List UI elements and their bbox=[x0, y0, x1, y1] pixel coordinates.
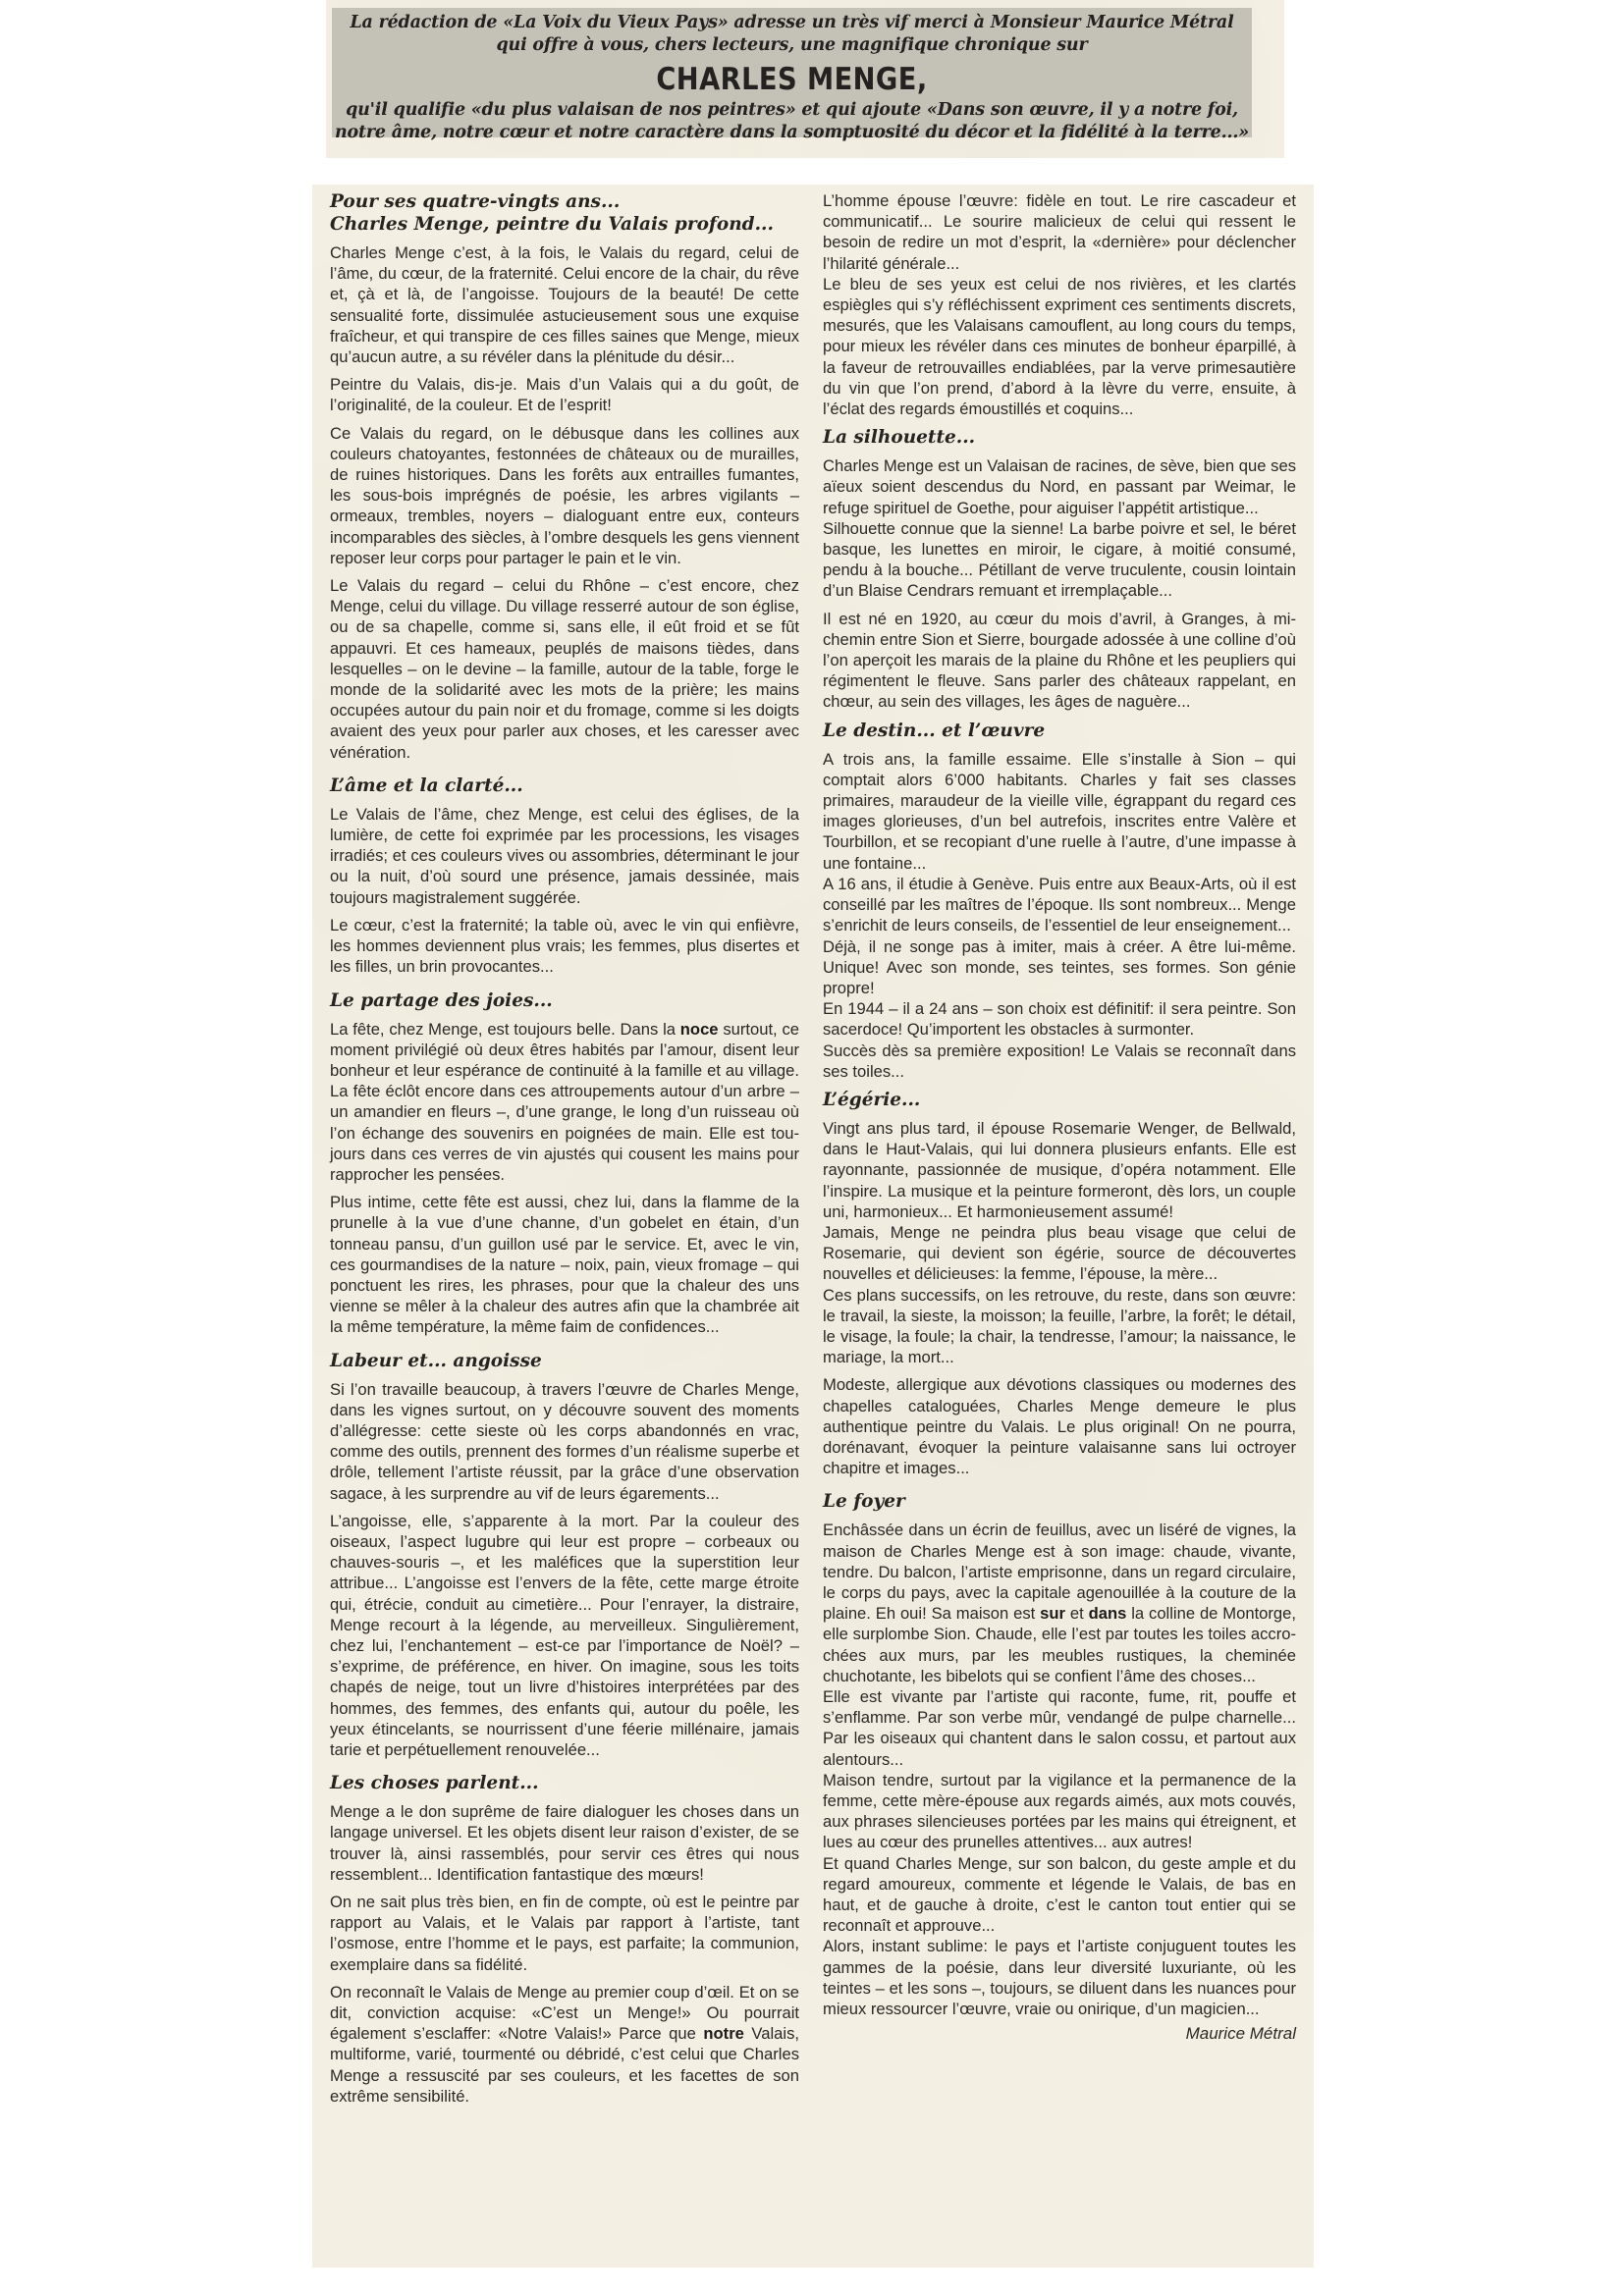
paragraph: Menge a le don suprême de faire dialogue… bbox=[330, 1801, 799, 1885]
paragraph: A 16 ans, il étudie à Genève. Puis entre… bbox=[823, 874, 1296, 936]
paragraph: Charles Menge c’est, à la fois, le Valai… bbox=[330, 242, 799, 367]
page-title: CHARLES MENGE, bbox=[387, 58, 1197, 101]
section-heading: Labeur et... angoisse bbox=[330, 1350, 799, 1372]
paragraph: Le cœur, c’est la fraternité; la table o… bbox=[330, 915, 799, 978]
paragraph: L’homme épouse l’œuvre: fidèle en tout. … bbox=[823, 190, 1296, 274]
paragraph: Enchâssée dans un écrin de feuillus, ave… bbox=[823, 1520, 1296, 1686]
article-kicker: Pour ses quatre-vingts ans... bbox=[330, 190, 799, 213]
section-heading: Les choses parlent... bbox=[330, 1772, 799, 1794]
paragraph: Si l’on travaille beaucoup, à travers l’… bbox=[330, 1379, 799, 1504]
text-run: et bbox=[1065, 1604, 1089, 1623]
paragraph: A trois ans, la famille essaime. Elle s’… bbox=[823, 749, 1296, 874]
quote-line: qu'il qualifie «du plus valaisan de nos … bbox=[332, 99, 1252, 122]
left-column: Pour ses quatre-vingts ans... Charles Me… bbox=[330, 190, 799, 2113]
paragraph: Modeste, allergique aux dévotions classi… bbox=[823, 1374, 1296, 1478]
text-run: sur­tout, ce moment privilégié où deux ê… bbox=[330, 1020, 799, 1184]
paragraph: Vingt ans plus tard, il épouse Rosemarie… bbox=[823, 1118, 1296, 1222]
paragraph: En 1944 – il a 24 ans – son choix est dé… bbox=[823, 998, 1296, 1040]
paragraph: Plus intime, cette fête est aussi, chez … bbox=[330, 1192, 799, 1337]
paragraph: On reconnaît le Valais de Menge au premi… bbox=[330, 1982, 799, 2107]
paragraph: L’angoisse, elle, s’apparente à la mort.… bbox=[330, 1511, 799, 1760]
paragraph: Déjà, il ne songe pas à imiter, mais à c… bbox=[823, 936, 1296, 999]
header-clipping: La rédaction de «La Voix du Vieux Pays» … bbox=[326, 0, 1284, 158]
bold-emphasis: sur bbox=[1040, 1604, 1065, 1623]
intro-line: qui offre à vous, chers lecteurs, une ma… bbox=[332, 34, 1252, 57]
paragraph: Elle est vivante par l’artiste qui racon… bbox=[823, 1686, 1296, 1770]
editorial-intro-box: La rédaction de «La Voix du Vieux Pays» … bbox=[332, 8, 1252, 137]
paragraph: Il est né en 1920, au cœur du mois d’avr… bbox=[823, 609, 1296, 713]
section-heading: Le destin... et l’œuvre bbox=[823, 720, 1296, 742]
section-heading: Le foyer bbox=[823, 1490, 1296, 1513]
intro-line: La rédaction de «La Voix du Vieux Pays» … bbox=[332, 8, 1252, 34]
paragraph: Le Valais du regard – celui du Rhône – c… bbox=[330, 575, 799, 763]
paragraph: Le Valais de l’âme, chez Menge, est celu… bbox=[330, 804, 799, 908]
article-clipping: Pour ses quatre-vingts ans... Charles Me… bbox=[312, 185, 1314, 2268]
section-heading: L’égérie... bbox=[823, 1089, 1296, 1111]
section-heading: Le partage des joies... bbox=[330, 989, 799, 1012]
quote-line: notre âme, notre cœur et notre caractère… bbox=[332, 122, 1252, 144]
paragraph: La fête, chez Menge, est toujours belle.… bbox=[330, 1019, 799, 1186]
paragraph: Et quand Charles Menge, sur son balcon, … bbox=[823, 1853, 1296, 1937]
article-headline: Charles Menge, peintre du Valais profond… bbox=[330, 213, 799, 236]
paragraph: Peintre du Valais, dis-je. Mais d’un Val… bbox=[330, 374, 799, 415]
paragraph: Ce Valais du regard, on le débusque dans… bbox=[330, 423, 799, 568]
paragraph: Jamais, Menge ne peindra plus beau visag… bbox=[823, 1222, 1296, 1285]
paragraph: Charles Menge est un Valaisan de racines… bbox=[823, 455, 1296, 518]
paragraph: Alors, instant sublime: le pays et l’art… bbox=[823, 1936, 1296, 2019]
author-signature: Maurice Métral bbox=[823, 2023, 1296, 2045]
text-run: La fête, chez Menge, est toujours belle.… bbox=[330, 1020, 680, 1039]
section-heading: La silhouette... bbox=[823, 426, 1296, 449]
right-column: L’homme épouse l’œuvre: fidèle en tout. … bbox=[823, 190, 1296, 2113]
paragraph: Succès dès sa première exposition! Le Va… bbox=[823, 1041, 1296, 1082]
paragraph: On ne sait plus très bien, en fin de com… bbox=[330, 1892, 799, 1975]
bold-emphasis: dans bbox=[1089, 1604, 1127, 1623]
section-heading: L’âme et la clarté... bbox=[330, 774, 799, 797]
paragraph: Maison tendre, surtout par la vigilance … bbox=[823, 1770, 1296, 1853]
paragraph: Ces plans successifs, on les retrouve, d… bbox=[823, 1285, 1296, 1368]
paragraph: Le bleu de ses yeux est celui de nos riv… bbox=[823, 274, 1296, 419]
paragraph: Silhouette connue que la sienne! La barb… bbox=[823, 518, 1296, 602]
article-columns: Pour ses quatre-vingts ans... Charles Me… bbox=[330, 190, 1296, 2113]
bold-emphasis: notre bbox=[703, 2024, 743, 2043]
bold-emphasis: noce bbox=[680, 1020, 719, 1039]
